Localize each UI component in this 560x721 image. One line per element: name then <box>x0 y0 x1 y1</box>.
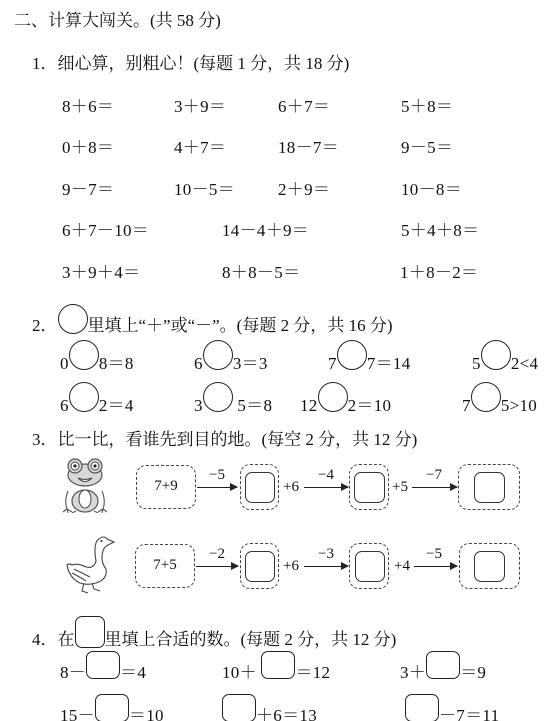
q2-heading-text: 里填上“＋”或“－”。(每题 2 分，共 16 分) <box>88 316 393 335</box>
q1-item: 10－8＝ <box>401 175 462 200</box>
q1-item: 8＋6＝ <box>62 92 114 117</box>
q2-item: 77＝14 <box>328 344 411 374</box>
q1-item: 14－4＋9＝ <box>222 216 309 241</box>
q1-item: 0＋8＝ <box>62 133 114 158</box>
q4-item: 8－＝4 <box>60 655 146 683</box>
q4-heading: 4．在里填上合适的数。(每题 2 分，共 12 分) <box>32 618 396 650</box>
q1-item: 4＋7＝ <box>174 133 226 158</box>
q4-item: －7＝11 <box>405 698 499 721</box>
q4-item: 15－＝10 <box>60 698 164 721</box>
q2-item: 63＝3 <box>194 344 268 374</box>
circle-blank-icon <box>58 304 88 334</box>
square-blank-icon <box>75 616 105 648</box>
answer-input[interactable] <box>245 472 275 503</box>
start-box: 7+9 <box>136 465 196 509</box>
arrow-icon <box>414 566 457 567</box>
q1-item: 18－7＝ <box>278 133 339 158</box>
q2-item: 62＝4 <box>60 386 134 416</box>
number-blank[interactable] <box>261 651 295 679</box>
arrow-icon <box>304 566 348 567</box>
start-box: 7+5 <box>135 544 195 588</box>
number-blank[interactable] <box>426 651 460 679</box>
q2-number: 2． <box>32 316 58 335</box>
number-blank[interactable] <box>86 651 120 679</box>
answer-input[interactable] <box>474 472 505 503</box>
q4-item: ＋6＝13 <box>222 698 317 721</box>
q1-item: 9－5＝ <box>401 133 453 158</box>
q1-item: 5＋4＋8＝ <box>401 216 479 241</box>
q1-item: 6＋7－10＝ <box>62 216 149 241</box>
arrow-icon <box>412 487 457 488</box>
q1-item: 5＋8＝ <box>401 92 453 117</box>
operator-circle[interactable] <box>471 382 501 412</box>
answer-input[interactable] <box>355 551 385 582</box>
section-title: 二、计算大闯关。(共 58 分) <box>14 6 221 31</box>
answer-input[interactable] <box>354 472 385 503</box>
arrow-icon <box>304 487 348 488</box>
q2-item: 75>10 <box>462 386 537 416</box>
operator-circle[interactable] <box>481 340 511 370</box>
arrow-icon <box>196 566 238 567</box>
q4-item: 10＋ ＝12 <box>222 655 330 683</box>
operator-circle[interactable] <box>318 382 348 412</box>
goose-icon <box>66 533 116 595</box>
q1-item: 9－7＝ <box>62 175 114 200</box>
operator-circle[interactable] <box>203 382 233 412</box>
q1-item: 8＋8－5＝ <box>222 258 300 283</box>
q1-item: 3＋9＝ <box>174 92 226 117</box>
q2-item: 122＝10 <box>300 386 391 416</box>
q2-item: 08＝8 <box>60 344 134 374</box>
q2-heading: 2．里填上“＋”或“－”。(每题 2 分，共 16 分) <box>32 306 393 336</box>
operator-circle[interactable] <box>203 340 233 370</box>
operator-circle[interactable] <box>337 340 367 370</box>
q1-item: 1＋8－2＝ <box>400 258 478 283</box>
q3-heading: 3．比一比，看谁先到目的地。(每空 2 分，共 12 分) <box>32 425 417 450</box>
number-blank[interactable] <box>405 694 439 721</box>
q1-item: 6＋7＝ <box>278 92 330 117</box>
q4-item: 3＋＝9 <box>400 655 486 683</box>
q2-item: 52<4 <box>472 344 538 374</box>
q1-item: 10－5＝ <box>174 175 235 200</box>
arrow-icon <box>197 487 237 488</box>
number-blank[interactable] <box>222 694 256 721</box>
operator-circle[interactable] <box>69 340 99 370</box>
q1-heading: 1．细心算，别粗心！(每题 1 分，共 18 分) <box>32 49 349 74</box>
answer-input[interactable] <box>474 551 505 582</box>
number-blank[interactable] <box>95 694 129 721</box>
operator-circle[interactable] <box>69 382 99 412</box>
frog-icon <box>62 457 108 513</box>
q1-item: 2＋9＝ <box>278 175 330 200</box>
q1-item: 3＋9＋4＝ <box>62 258 140 283</box>
answer-input[interactable] <box>245 551 275 582</box>
q2-item: 3 5＝8 <box>194 386 272 416</box>
